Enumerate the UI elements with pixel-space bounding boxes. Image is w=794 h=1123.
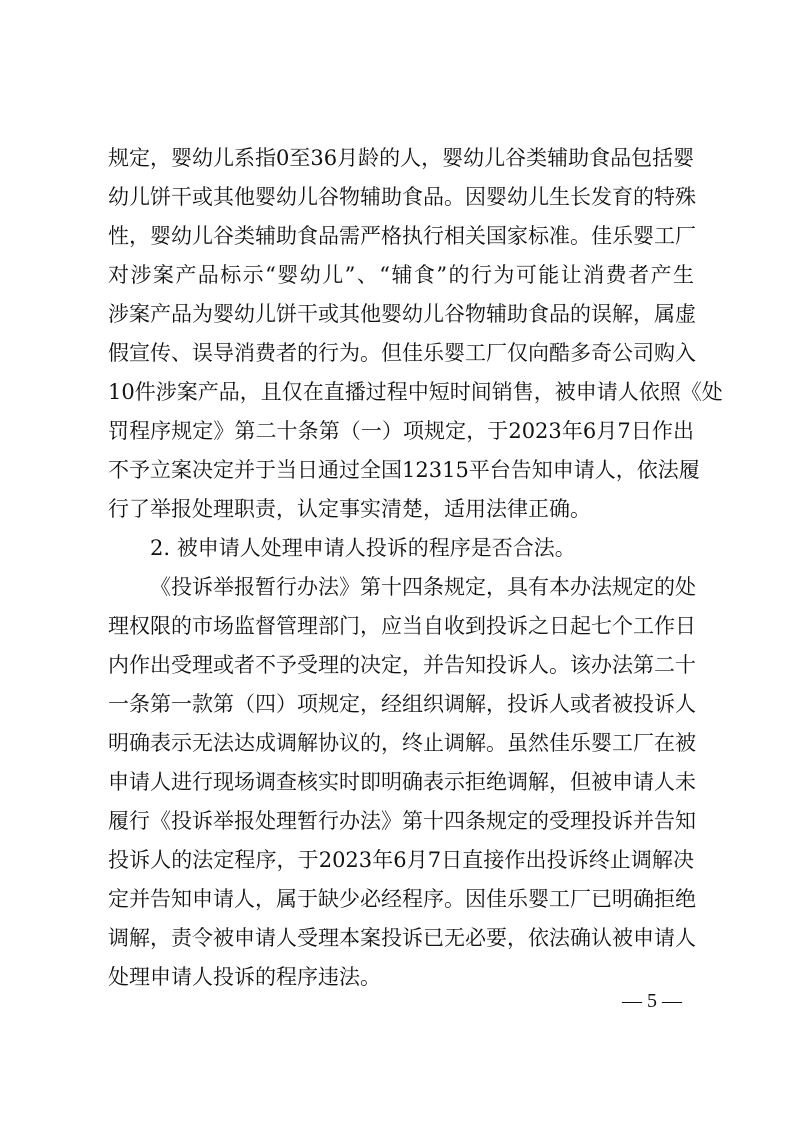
paragraph-line: 一条第一款第（四）项规定，经组织调解，投诉人或者被投诉人 (108, 685, 694, 724)
document-body: 规定，婴幼儿系指0至36月龄的人，婴幼儿谷类辅助食品包括婴 幼儿饼干或其他婴幼儿… (108, 139, 694, 997)
paragraph-line: 处理申请人投诉的程序违法。 (108, 958, 694, 997)
paragraph-line: 申请人进行现场调查核实时即明确表示拒绝调解，但被申请人未 (108, 763, 694, 802)
paragraph-line: 罚程序规定》第二十条第（一）项规定，于2023年6月7日作出 (108, 412, 694, 451)
paragraph-line: 规定，婴幼儿系指0至36月龄的人，婴幼儿谷类辅助食品包括婴 (108, 139, 694, 178)
section-heading: 2. 被申请人处理申请人投诉的程序是否合法。 (108, 529, 694, 568)
paragraph-line: 行了举报处理职责，认定事实清楚，适用法律正确。 (108, 490, 694, 529)
paragraph-line: 内作出受理或者不予受理的决定，并告知投诉人。该办法第二十 (108, 646, 694, 685)
paragraph-line: 幼儿饼干或其他婴幼儿谷物辅助食品。因婴幼儿生长发育的特殊 (108, 178, 694, 217)
paragraph-line: 理权限的市场监督管理部门，应当自收到投诉之日起七个工作日 (108, 607, 694, 646)
paragraph-line: 调解，责令被申请人受理本案投诉已无必要，依法确认被申请人 (108, 919, 694, 958)
paragraph-line: 《投诉举报暂行办法》第十四条规定，具有本办法规定的处 (108, 568, 694, 607)
paragraph-line: 假宣传、误导消费者的行为。但佳乐婴工厂仅向酷多奇公司购入 (108, 334, 694, 373)
paragraph-line: 明确表示无法达成调解协议的，终止调解。虽然佳乐婴工厂在被 (108, 724, 694, 763)
paragraph-line: 10件涉案产品，且仅在直播过程中短时间销售，被申请人依照《处 (108, 373, 694, 412)
paragraph-line: 性，婴幼儿谷类辅助食品需严格执行相关国家标准。佳乐婴工厂 (108, 217, 694, 256)
page-number: — 5 — (622, 990, 682, 1013)
paragraph-line: 定并告知申请人，属于缺少必经程序。因佳乐婴工厂已明确拒绝 (108, 880, 694, 919)
paragraph-line: 对涉案产品标示“婴幼儿”、“辅食”的行为可能让消费者产生 (108, 256, 694, 295)
paragraph-line: 不予立案决定并于当日通过全国12315平台告知申请人，依法履 (108, 451, 694, 490)
paragraph-line: 投诉人的法定程序，于2023年6月7日直接作出投诉终止调解决 (108, 841, 694, 880)
paragraph-line: 履行《投诉举报处理暂行办法》第十四条规定的受理投诉并告知 (108, 802, 694, 841)
paragraph-line: 涉案产品为婴幼儿饼干或其他婴幼儿谷物辅助食品的误解，属虚 (108, 295, 694, 334)
